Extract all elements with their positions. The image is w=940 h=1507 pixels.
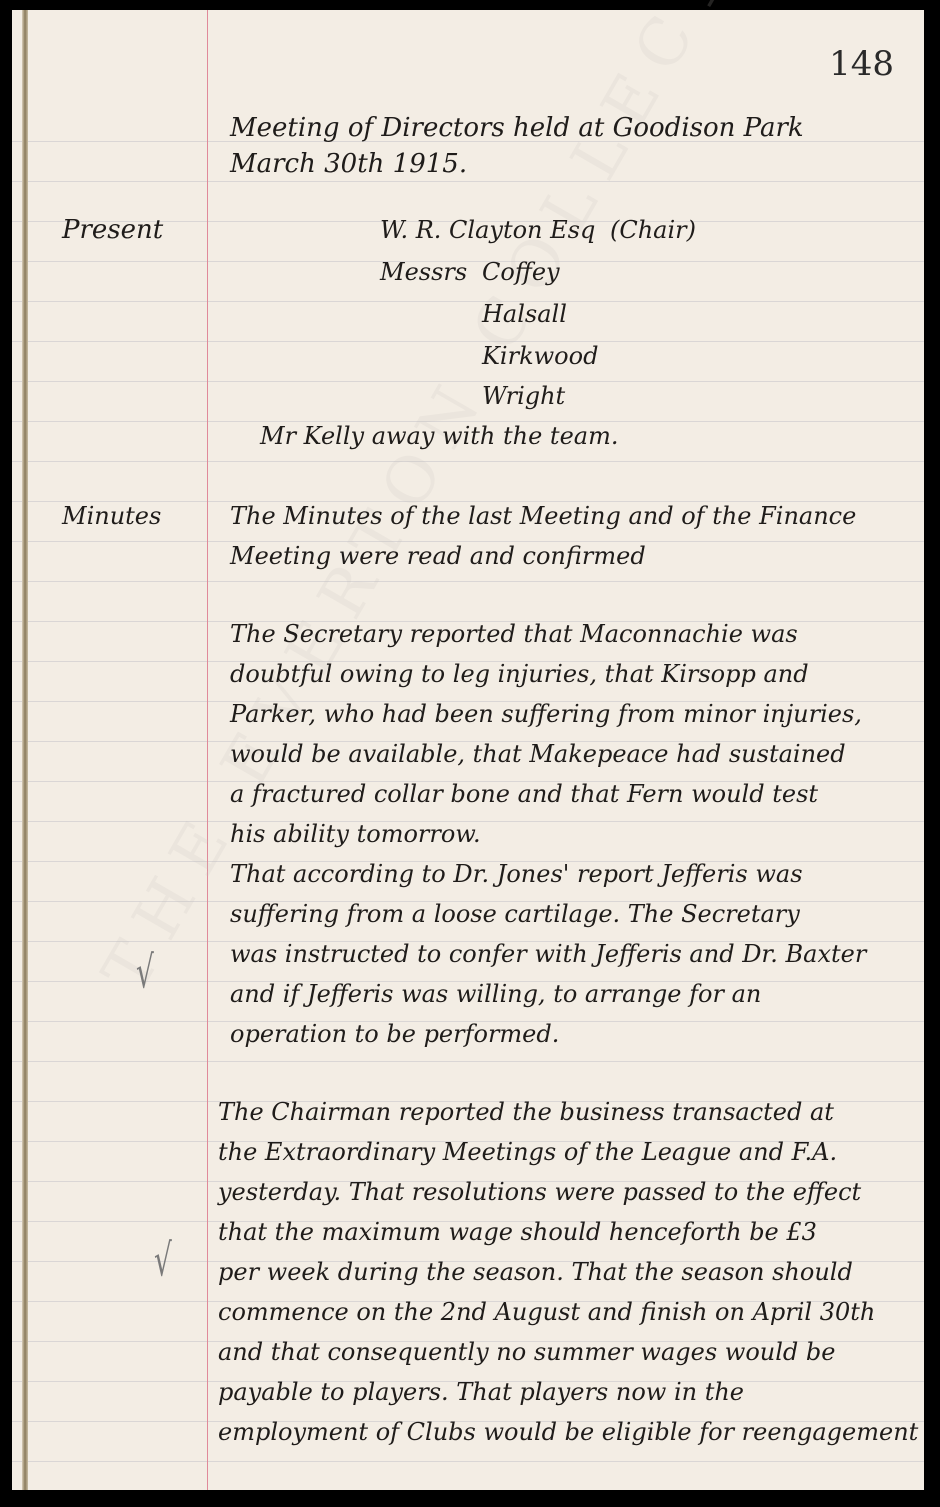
secretary-report-line: doubtful owing to leg injuries, that Kir… xyxy=(230,654,809,694)
absence-note: Mr Kelly away with the team. xyxy=(260,416,618,456)
chairman-report-line: The Chairman reported the business trans… xyxy=(218,1092,834,1132)
meeting-date: March 30th 1915. xyxy=(230,144,467,184)
member-name: Kirkwood xyxy=(482,336,598,376)
checkmark-icon: √ xyxy=(136,946,154,999)
secretary-report-line: operation to be performed. xyxy=(230,1014,559,1054)
member-name: Wright xyxy=(482,376,565,416)
minutes-line: The Minutes of the last Meeting and of t… xyxy=(230,496,856,536)
present-label: Present xyxy=(62,210,163,250)
messrs-prefix: Messrs xyxy=(380,252,467,292)
chairman-report-line: employment of Clubs would be eligible fo… xyxy=(218,1412,918,1452)
secretary-report-line: a fractured collar bone and that Fern wo… xyxy=(230,774,818,814)
secretary-report-line: his ability tomorrow. xyxy=(230,814,481,854)
secretary-report-line: suffering from a loose cartilage. The Se… xyxy=(230,894,800,934)
chair-name: W. R. Clayton Esq xyxy=(380,210,595,250)
checkmark-icon: √ xyxy=(154,1234,172,1287)
secretary-report-line: was instructed to confer with Jefferis a… xyxy=(230,934,866,974)
chairman-report-line: per week during the season. That the sea… xyxy=(218,1252,853,1292)
chairman-report-line: commence on the 2nd August and finish on… xyxy=(218,1292,875,1332)
secretary-report-line: would be available, that Makepeace had s… xyxy=(230,734,846,774)
chairman-report-line: the Extraordinary Meetings of the League… xyxy=(218,1132,837,1172)
ledger-page: THE EVERTON COLLECTION CHARITABLE TRUST … xyxy=(12,10,924,1490)
minutes-line: Meeting were read and confirmed xyxy=(230,536,646,576)
page-number: 148 xyxy=(829,44,894,84)
chair-note: (Chair) xyxy=(610,210,696,250)
binding-edge xyxy=(22,10,28,1490)
secretary-report-line: and if Jefferis was willing, to arrange … xyxy=(230,974,761,1014)
margin-rule xyxy=(207,10,208,1490)
minutes-label: Minutes xyxy=(62,496,161,536)
chairman-report-line: payable to players. That players now in … xyxy=(218,1372,744,1412)
secretary-report-line: The Secretary reported that Maconnachie … xyxy=(230,614,798,654)
chairman-report-line: that the maximum wage should henceforth … xyxy=(218,1212,817,1252)
member-name: Coffey xyxy=(482,252,560,292)
chairman-report-line: and that consequently no summer wages wo… xyxy=(218,1332,835,1372)
member-name: Halsall xyxy=(482,294,567,334)
meeting-heading: Meeting of Directors held at Goodison Pa… xyxy=(230,108,804,148)
secretary-report-line: Parker, who had been suffering from mino… xyxy=(230,694,862,734)
chairman-report-line: yesterday. That resolutions were passed … xyxy=(218,1172,861,1212)
secretary-report-line: That according to Dr. Jones' report Jeff… xyxy=(230,854,803,894)
